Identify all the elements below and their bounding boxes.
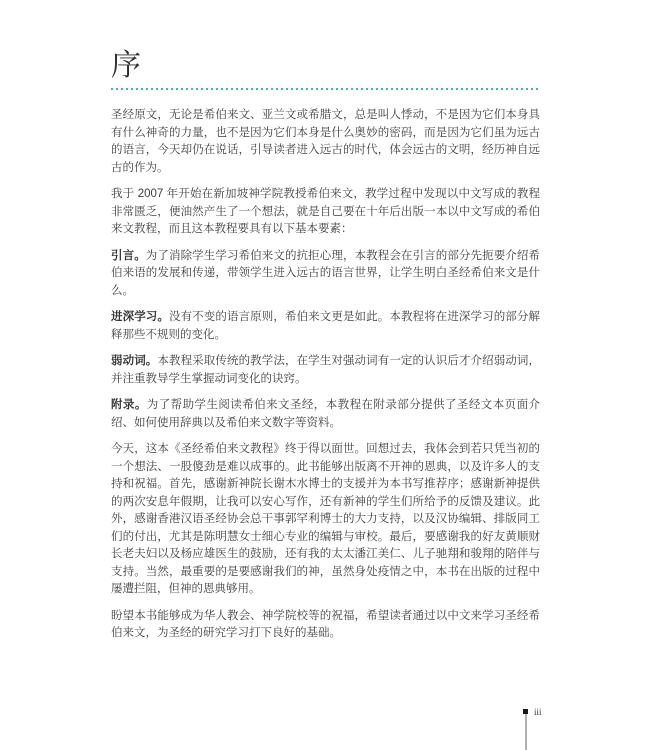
preface-paragraph: 今天，这本《圣经希伯来文教程》终于得以面世。回想过去，我体会到若只凭当初的一个想… xyxy=(111,441,540,599)
paragraph-text: 为了消除学生学习希伯来文的抗拒心理，本教程会在引言的部分先扼要介绍希伯来语的发展… xyxy=(111,250,540,297)
preface-paragraph: 进深学习。没有不变的语言原则，希伯来文更是如此。本教程将在进深学习的部分解释那些… xyxy=(111,309,540,344)
preface-paragraph: 我于 2007 年开始在新加坡神学院教授希伯来文，教学过程中发现以中文写成的教程… xyxy=(111,186,540,239)
paragraph-text: 今天，这本《圣经希伯来文教程》终于得以面世。回想过去，我体会到若只凭当初的一个想… xyxy=(111,443,540,595)
footer-vertical-rule xyxy=(525,714,527,750)
paragraph-lead: 引言。 xyxy=(111,250,146,262)
preface-paragraph: 圣经原文，无论是希伯来文、亚兰文或希腊文，总是叫人悸动，不是因为它们本身具有什么… xyxy=(111,107,540,177)
preface-paragraph: 引言。为了消除学生学习希伯来文的抗拒心理，本教程会在引言的部分先扼要介绍希伯来语… xyxy=(111,248,540,301)
paragraph-lead: 进深学习。 xyxy=(111,311,169,323)
paragraph-text: 为了帮助学生阅读希伯来文圣经，本教程在附录部分提供了圣经文本页面介绍、如何使用辞… xyxy=(111,399,540,429)
book-page: 序 圣经原文，无论是希伯来文、亚兰文或希腊文，总是叫人悸动，不是因为它们本身具有… xyxy=(0,0,650,750)
preface-content: 序 圣经原文，无论是希伯来文、亚兰文或希腊文，总是叫人悸动，不是因为它们本身具有… xyxy=(111,50,540,652)
preface-paragraph: 附录。为了帮助学生阅读希伯来文圣经，本教程在附录部分提供了圣经文本页面介绍、如何… xyxy=(111,397,540,432)
preface-paragraph: 弱动词。本教程采取传统的教学法，在学生对强动词有一定的认识后才介绍弱动词，并注重… xyxy=(111,353,540,388)
paragraph-text: 盼望本书能够成为华人教会、神学院校等的祝福，希望读者通过以中文来学习圣经希伯来文… xyxy=(111,610,540,640)
paragraph-text: 圣经原文，无论是希伯来文、亚兰文或希腊文，总是叫人悸动，不是因为它们本身具有什么… xyxy=(111,109,540,174)
page-number: iii xyxy=(534,707,542,718)
paragraph-lead: 弱动词。 xyxy=(111,355,157,367)
preface-paragraph: 盼望本书能够成为华人教会、神学院校等的祝福，希望读者通过以中文来学习圣经希伯来文… xyxy=(111,608,540,643)
paragraph-lead: 附录。 xyxy=(111,399,147,411)
paragraph-text: 没有不变的语言原则，希伯来文更是如此。本教程将在进深学习的部分解释那些不规则的变… xyxy=(111,311,540,341)
paragraph-text: 本教程采取传统的教学法，在学生对强动词有一定的认识后才介绍弱动词，并注重教导学生… xyxy=(111,355,540,385)
paragraph-text: 我于 2007 年开始在新加坡神学院教授希伯来文，教学过程中发现以中文写成的教程… xyxy=(111,188,540,235)
preface-title: 序 xyxy=(111,50,540,82)
title-dotted-divider xyxy=(111,88,540,90)
